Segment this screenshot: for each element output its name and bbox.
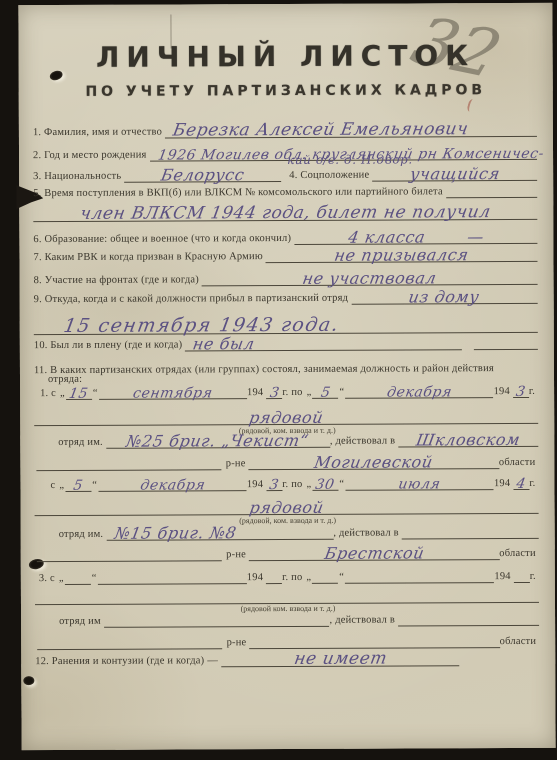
entry2-to-year-line: 4 — [513, 473, 529, 490]
entry2-blank-line — [37, 544, 222, 562]
field-wounds-line: не имеет — [221, 649, 459, 667]
field-surname-value: Березка Алексей Емельянович — [172, 121, 470, 139]
quote-open: „ — [305, 572, 312, 584]
entry1-from-month-line: сентября — [99, 382, 247, 400]
entry2-to-day-line: 30 — [312, 474, 338, 491]
punch-hole — [23, 676, 34, 685]
entry3-to-month-line — [345, 566, 494, 584]
entry2-acted-label: , действовал в — [333, 528, 402, 540]
entry2-district-row: р-не Брестской области — [37, 544, 539, 562]
entry2-to-month: июля — [397, 477, 441, 491]
field-nationality-label: 3. Национальность — [33, 171, 124, 183]
entry1-acted-label: , действовал в — [330, 436, 399, 448]
entry3-position-row — [35, 584, 539, 605]
entry3-to-day-line — [312, 567, 338, 584]
field-rvk-line: не призывался — [266, 245, 538, 263]
entry2-position: рядовой — [248, 500, 325, 516]
entry2-position-line: рядовой — [35, 492, 539, 516]
field-social-line: учащийся — [372, 164, 537, 182]
entry1-to-day: 5 — [320, 386, 332, 400]
entry1-to-month: декабря — [386, 385, 453, 399]
field-rvk: 7. Каким РВК и когда призван в Красную А… — [33, 246, 537, 264]
field-social-label: 4. Соцположение — [281, 170, 372, 182]
entry3-unit-label: отряд им — [59, 616, 104, 628]
field-fronts-line: не участвовал — [202, 268, 538, 286]
entry2-from-year-line: 3 — [266, 474, 282, 491]
entry2-district-line: Брестской — [249, 543, 499, 561]
field-captivity: 10. Был ли в плену (где и когда) не был — [34, 334, 538, 352]
entry3-acted-line — [398, 609, 539, 627]
field-nationality-value: Белорусс — [160, 167, 246, 183]
quote-close: “ — [92, 388, 99, 400]
field-nationality-line: Белорусс — [124, 165, 281, 183]
entry2-to-year: 4 — [515, 477, 527, 491]
g: г. — [529, 478, 538, 490]
year-prefix: 194 — [494, 386, 513, 398]
field-education-value: 4 класса — [347, 229, 427, 245]
field-komsomol-dash-line — [446, 182, 537, 198]
entry1-from-day: 15 — [68, 387, 89, 401]
form-subtitle: ПО УЧЕТУ ПАРТИЗАНСКИХ КАДРОВ — [19, 82, 553, 100]
field-rvk-label: 7. Каким РВК и когда призван в Красную А… — [33, 251, 265, 264]
field-captivity-line2 — [474, 333, 538, 350]
entry3-district-row: р-не области — [37, 632, 539, 650]
quote-close: “ — [338, 479, 345, 491]
field-arrival-entry2: 15 сентября 1943 года. — [34, 309, 538, 335]
entry2-from-month: декабря — [139, 478, 206, 492]
entry1-district: Могилевской — [313, 454, 434, 471]
entry2-unit-label: отряд им. — [59, 529, 107, 541]
field-komsomol: 5. Время поступления в ВКП(б) или ВЛКСМ … — [33, 183, 537, 200]
entry2-oblast-label: области — [499, 548, 539, 560]
field-fronts-label: 8. Участие на фронтах (где и когда) — [34, 274, 202, 287]
entry1-to-day-line: 5 — [312, 382, 338, 399]
entry2-from-month-line: декабря — [98, 474, 247, 492]
entry3-oblast-label: области — [500, 636, 540, 648]
field-arrival-value: из дому — [408, 289, 481, 305]
field-rvk-value: не призывался — [333, 247, 470, 264]
field-komsomol-entry: член ВЛКСМ 1944 года, билет не получил — [33, 203, 537, 222]
g-po: г. по — [282, 387, 305, 399]
entry3-district-line — [249, 631, 499, 649]
field-fronts-value: не участвовал — [301, 270, 438, 287]
field-education-line: 4 класса — — [294, 227, 537, 245]
field-surname-label: 1. Фамилия, имя и отчество — [33, 127, 165, 140]
entry1-period: 1. с „ 15 “ сентября 194 3 г. по „ 5 “ д… — [40, 382, 538, 400]
g-po: г. по — [282, 479, 305, 491]
g: г. — [530, 571, 539, 583]
field-captivity-label: 10. Был ли в плену (где и когда) — [34, 339, 185, 352]
entry1-unit-line: №25 бриг. „Чекист“ — [106, 431, 330, 449]
year-prefix: 194 — [247, 479, 266, 491]
entry2-position-row: рядовой — [35, 493, 539, 516]
entry3-acted-label: , действовал в — [330, 615, 399, 627]
entry1-position: рядовой — [248, 410, 325, 426]
entry2-rne-label: р-не — [222, 549, 249, 561]
field-arrival-line: из дому — [351, 287, 538, 305]
entry2-from-day: 5 — [72, 479, 84, 493]
field-komsomol-line: член ВЛКСМ 1944 года, билет не получил — [33, 202, 537, 222]
entry2-to-month-line: июля — [345, 473, 494, 491]
quote-open: „ — [58, 480, 65, 492]
entry2-unit-line: №15 бриг. №8 — [106, 523, 333, 541]
entry1-unit: №25 бриг. „Чекист“ — [125, 433, 310, 450]
entry1-position-line: рядовой — [34, 402, 538, 426]
entry1-oblast-label: области — [499, 457, 539, 469]
field-fronts: 8. Участие на фронтах (где и когда) не у… — [34, 269, 538, 287]
quote-open: „ — [58, 573, 65, 585]
field-birth-label: 2. Год и место рождения — [33, 150, 150, 163]
field-komsomol-label: 5. Время поступления в ВКП(б) или ВЛКСМ … — [33, 186, 446, 200]
g-po: г. по — [282, 572, 305, 584]
red-pencil-mark — [466, 98, 477, 113]
entry2-unit: №15 бриг. №8 — [113, 525, 237, 542]
entry2-prefix: с — [50, 480, 58, 492]
entry3-from-month-line — [98, 567, 247, 585]
year-prefix: 194 — [247, 387, 266, 399]
entry2-period: с „ 5 “ декабря 194 3 г. по „ 30 “ июля … — [50, 474, 538, 492]
field-arrival: 9. Откуда, когда и с какой должности при… — [34, 288, 538, 306]
quote-close: “ — [338, 387, 345, 399]
field-wounds-value: не имеет — [292, 651, 388, 668]
quote-close: “ — [91, 480, 98, 492]
quote-close: “ — [91, 573, 98, 585]
entry2-acted-line — [402, 522, 539, 540]
entry1-to-month-line: декабря — [345, 381, 493, 399]
entry1-prefix: 1. с — [40, 388, 59, 400]
entry1-acted-in: Шкловском — [415, 432, 522, 448]
field-surname-line: Березка Алексей Емельянович — [165, 120, 537, 139]
field-education-dash: — — [466, 229, 485, 245]
field-arrival-line2: 15 сентября 1943 года. — [34, 308, 538, 335]
entry1-from-year-line: 3 — [266, 382, 282, 399]
quote-close: “ — [338, 572, 345, 584]
entry3-prefix: 3. с — [39, 573, 58, 585]
entry1-district-line: Могилевской — [249, 452, 499, 470]
entry2-district: Брестской — [323, 545, 425, 561]
entry3-position-line — [35, 583, 539, 605]
entry2-from-day-line: 5 — [65, 475, 91, 492]
field-education: 6. Образование: общее и военное (что и к… — [33, 228, 537, 246]
entry3-unit-row: отряд им , действовал в — [59, 610, 539, 628]
entry1-from-month: сентября — [132, 386, 214, 400]
field-social-value: учащийся — [408, 166, 501, 182]
entry3-to-year-line — [514, 566, 530, 583]
entry1-to-year-line: 3 — [513, 381, 529, 398]
field-arrival-label: 9. Откуда, когда и с какой должности при… — [34, 293, 352, 306]
entry1-blank-line — [36, 453, 221, 471]
field-captivity-line: не был — [185, 333, 462, 351]
field-wounds-dash: — — [207, 655, 221, 667]
entry1-unit-label: отряд им. — [58, 437, 106, 449]
quote-open: „ — [305, 479, 312, 491]
entry1-from-day-line: 15 — [66, 383, 92, 400]
paper-sheet: 32 ЛИЧНЫЙ ЛИСТОК ПО УЧЕТУ ПАРТИЗАНСКИХ К… — [18, 3, 555, 750]
entry3-unit-line — [104, 610, 330, 628]
field-arrival-value2: 15 сентября 1943 года. — [62, 316, 341, 336]
field-education-label: 6. Образование: общее и военное (что и к… — [33, 233, 294, 246]
scanned-document-page: { "page": { "pencil_number": "32", "titl… — [0, 0, 557, 760]
entry2-unit-row: отряд им. №15 бриг. №8 , действовал в — [59, 523, 539, 541]
field-captivity-value: не был — [192, 336, 256, 352]
year-prefix: 194 — [494, 571, 513, 583]
quote-open: „ — [306, 387, 313, 399]
form-title: ЛИЧНЫЙ ЛИСТОК — [19, 39, 553, 74]
year-prefix: 194 — [494, 478, 513, 490]
entry1-acted-line: Шкловском — [398, 430, 538, 448]
g: г. — [529, 386, 538, 398]
entry1-position-row: рядовой — [34, 403, 538, 426]
entry3-rne-label: р-не — [223, 637, 250, 649]
field-surname: 1. Фамилия, имя и отчество Березка Алекс… — [33, 121, 537, 139]
year-prefix: 194 — [247, 572, 266, 584]
entry3-from-day-line — [65, 568, 91, 585]
quote-open: „ — [59, 388, 66, 400]
entry3-from-year-line — [266, 567, 282, 584]
entry3-blank-line — [37, 632, 222, 650]
field-wounds-label: 12. Ранения и контузии (где и когда) — [35, 655, 207, 668]
field-nationality-social: 3. Национальность Белорусс 4. Соцположен… — [33, 165, 537, 183]
field-komsomol-value: член ВЛКСМ 1944 года, билет не получил — [79, 204, 492, 223]
entry1-rne-label: р-не — [222, 458, 249, 470]
entry1-from-year: 3 — [268, 386, 280, 400]
entry2-to-day: 30 — [315, 478, 336, 492]
field-wounds: 12. Ранения и контузии (где и когда) — н… — [35, 650, 539, 668]
entry1-to-year: 3 — [515, 385, 527, 399]
entry1-district-row: р-не Могилевской области — [36, 453, 538, 471]
entry2-from-year: 3 — [268, 478, 280, 492]
entry1-unit-row: отряд им. №25 бриг. „Чекист“ , действова… — [58, 431, 538, 449]
field-birth: 2. Год и место рождения 1926 Могилев обл… — [33, 144, 537, 162]
